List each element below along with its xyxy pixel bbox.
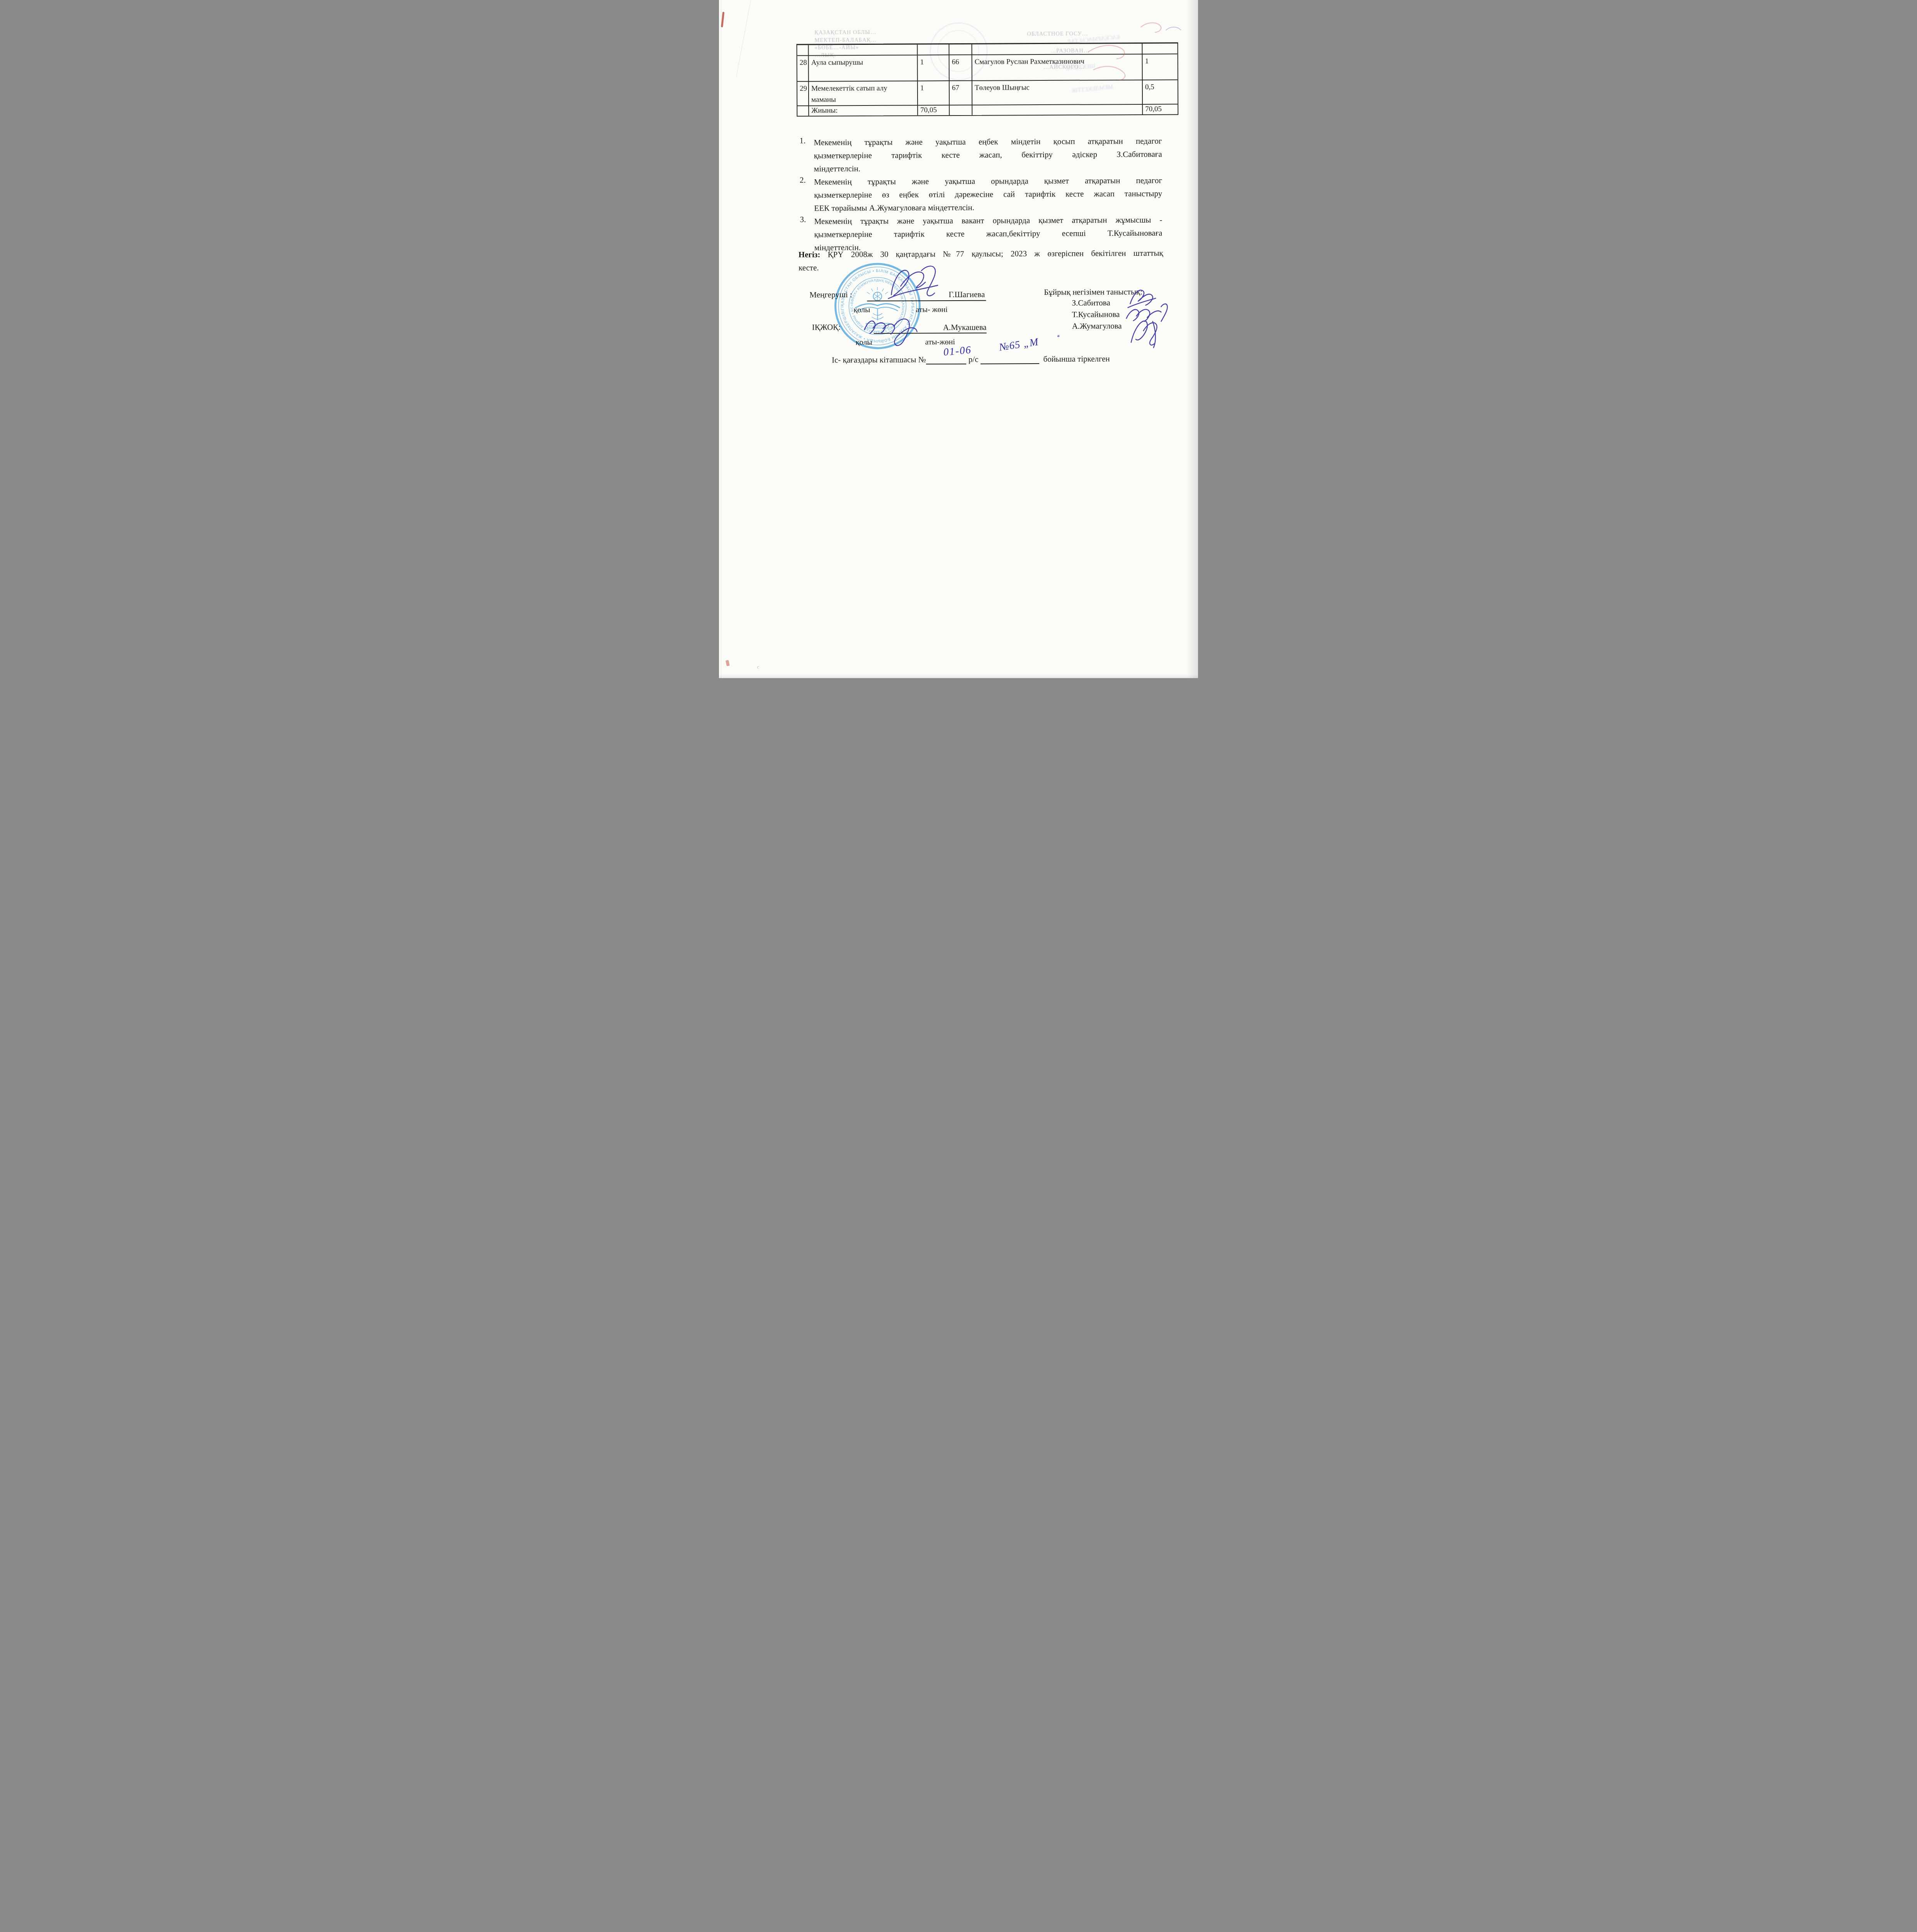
item-line: қызметкерлеріне тарифтік кесте жасап,бек…: [814, 226, 1162, 241]
official-round-stamp: ҚАЗАҚСТАН ОБЛЫСЫ • БІЛІМ БАСҚАРМАСЫ ТАРБ…: [834, 262, 921, 350]
total-empty-cell: [950, 105, 972, 115]
position-cell: Аула сыпырушы: [809, 55, 918, 82]
scan-edge-bottom: [719, 674, 1198, 678]
item-marker: 3.: [800, 215, 813, 224]
ikzhok-name: А.Мукашева: [930, 323, 987, 333]
item-line: қызметкерлеріне өз еңбек өтілі дәрежесін…: [814, 187, 1162, 202]
item-line: Мекеменің тұрақты және уақытша орындарда…: [814, 174, 1162, 189]
scan-edge-left: [721, 0, 721, 678]
red-edge-mark-bottom: [726, 660, 730, 666]
registration-suffix: бойынша тіркелген: [1043, 354, 1110, 364]
item-line: Мекеменің тұрақты және уақытша еңбек мін…: [814, 134, 1162, 149]
order-number-cell: 67: [950, 81, 972, 105]
item-line: қызметкерлеріне тарифтік кесте жасап, бе…: [814, 148, 1162, 162]
ack-name-kusainova: Т.Кусайынова: [1072, 310, 1120, 320]
rate-cell: 0,5: [1143, 80, 1178, 105]
order-item-2: 2. Мекеменің тұрақты және уақытша орында…: [814, 174, 1162, 215]
employee-name-cell: Төлеуов Шыңғыс: [972, 80, 1143, 105]
signature-kusainova: [1126, 304, 1167, 322]
total-count-cell: 70,05: [918, 105, 950, 115]
header-cell: [797, 45, 809, 56]
rate-cell: 1: [1143, 54, 1178, 80]
order-item-1: 1. Мекеменің тұрақты және уақытша еңбек …: [814, 134, 1162, 175]
count-cell: 1: [918, 55, 950, 81]
total-empty-cell: [972, 105, 1143, 115]
blue-pen-ghost-mark: [1166, 27, 1181, 30]
employee-name-cell: Смагулов Руслан Рахметказинович: [972, 54, 1143, 81]
pink-pen-dot: c: [757, 664, 759, 670]
ack-name-sabitova: З.Сабитова: [1072, 298, 1110, 308]
red-edge-mark-top: [721, 12, 724, 27]
scanned-order-page: ҚАЗАҚСТАН ОБЛЫ… МЕКТЕП-БАЛАБАҚ… «БӨБЕ…-А…: [719, 0, 1198, 678]
bleedthrough-text-right-1: ОБЛАСТНОЕ ГОСУ…: [1027, 31, 1088, 38]
order-number-cell: 66: [950, 55, 972, 81]
document-content: ҚАЗАҚСТАН ОБЛЫ… МЕКТЕП-БАЛАБАҚ… «БӨБЕ…-А…: [719, 0, 1198, 678]
item-line: міндеттелсін.: [814, 161, 1162, 175]
signature-zhumagulova: [1131, 321, 1157, 348]
registration-prefix: Іс- қағаздары кітапшасы №: [832, 355, 926, 365]
row-number-cell: 29: [797, 82, 809, 106]
item-line: Мекеменің тұрақты және уақытша вакант ор…: [814, 213, 1162, 228]
order-items-list: 1. Мекеменің тұрақты және уақытша еңбек …: [814, 134, 1162, 254]
item-marker: 1.: [799, 136, 812, 146]
registration-middle: р/с: [969, 355, 979, 364]
count-cell: 1: [918, 81, 950, 105]
bleedthrough-line: МЕКТЕП-БАЛАБАҚ…: [814, 36, 877, 44]
item-line: ЕЕК төрайымы А.Жумагуловаға міндеттелсін…: [814, 200, 1162, 215]
paper-crease: [736, 0, 752, 77]
item-marker: 2.: [800, 175, 813, 185]
position-cell: Мемелекеттік сатып алу маманы: [809, 81, 918, 106]
basis-line-1: Негіз: ҚРҮ 2008ж 30 қаңтардағы №77 қаулы…: [799, 247, 1163, 261]
header-cell: [918, 44, 949, 55]
handwritten-mark: *: [1057, 334, 1060, 341]
total-rate-cell: 70,05: [1143, 105, 1178, 114]
row-number-cell: 28: [797, 56, 809, 82]
ack-name-zhumagulova: А.Жумагулова: [1072, 321, 1122, 331]
header-cell: [972, 44, 1142, 55]
acknowledgement-title: Бұйрық негізімен таныстық:: [1044, 287, 1142, 297]
header-cell: [949, 44, 972, 55]
bleedthrough-line: ҚАЗАҚСТАН ОБЛЫ…: [814, 29, 877, 37]
manager-name: Г.Шагиева: [928, 290, 985, 300]
stamp-center-text: QAZAQSTAN: [868, 325, 887, 328]
total-empty-cell: [797, 106, 809, 116]
scan-edge-right: [1186, 0, 1198, 678]
handwritten-book-number: 01-06: [943, 344, 972, 359]
registration-blank-2: [981, 354, 1039, 364]
basis-label: Негіз:: [799, 250, 821, 259]
basis-text: ҚРҮ 2008ж 30 қаңтардағы №77 қаулысы; 202…: [820, 248, 1163, 259]
total-label-cell: Жиыны:: [809, 105, 918, 116]
header-cell: [1142, 44, 1177, 54]
header-cell: [809, 44, 918, 56]
handwritten-register-number: №65 „М: [998, 336, 1039, 353]
staff-table: 28 Аула сыпырушы 1 66 Смагулов Руслан Ра…: [796, 43, 1178, 117]
